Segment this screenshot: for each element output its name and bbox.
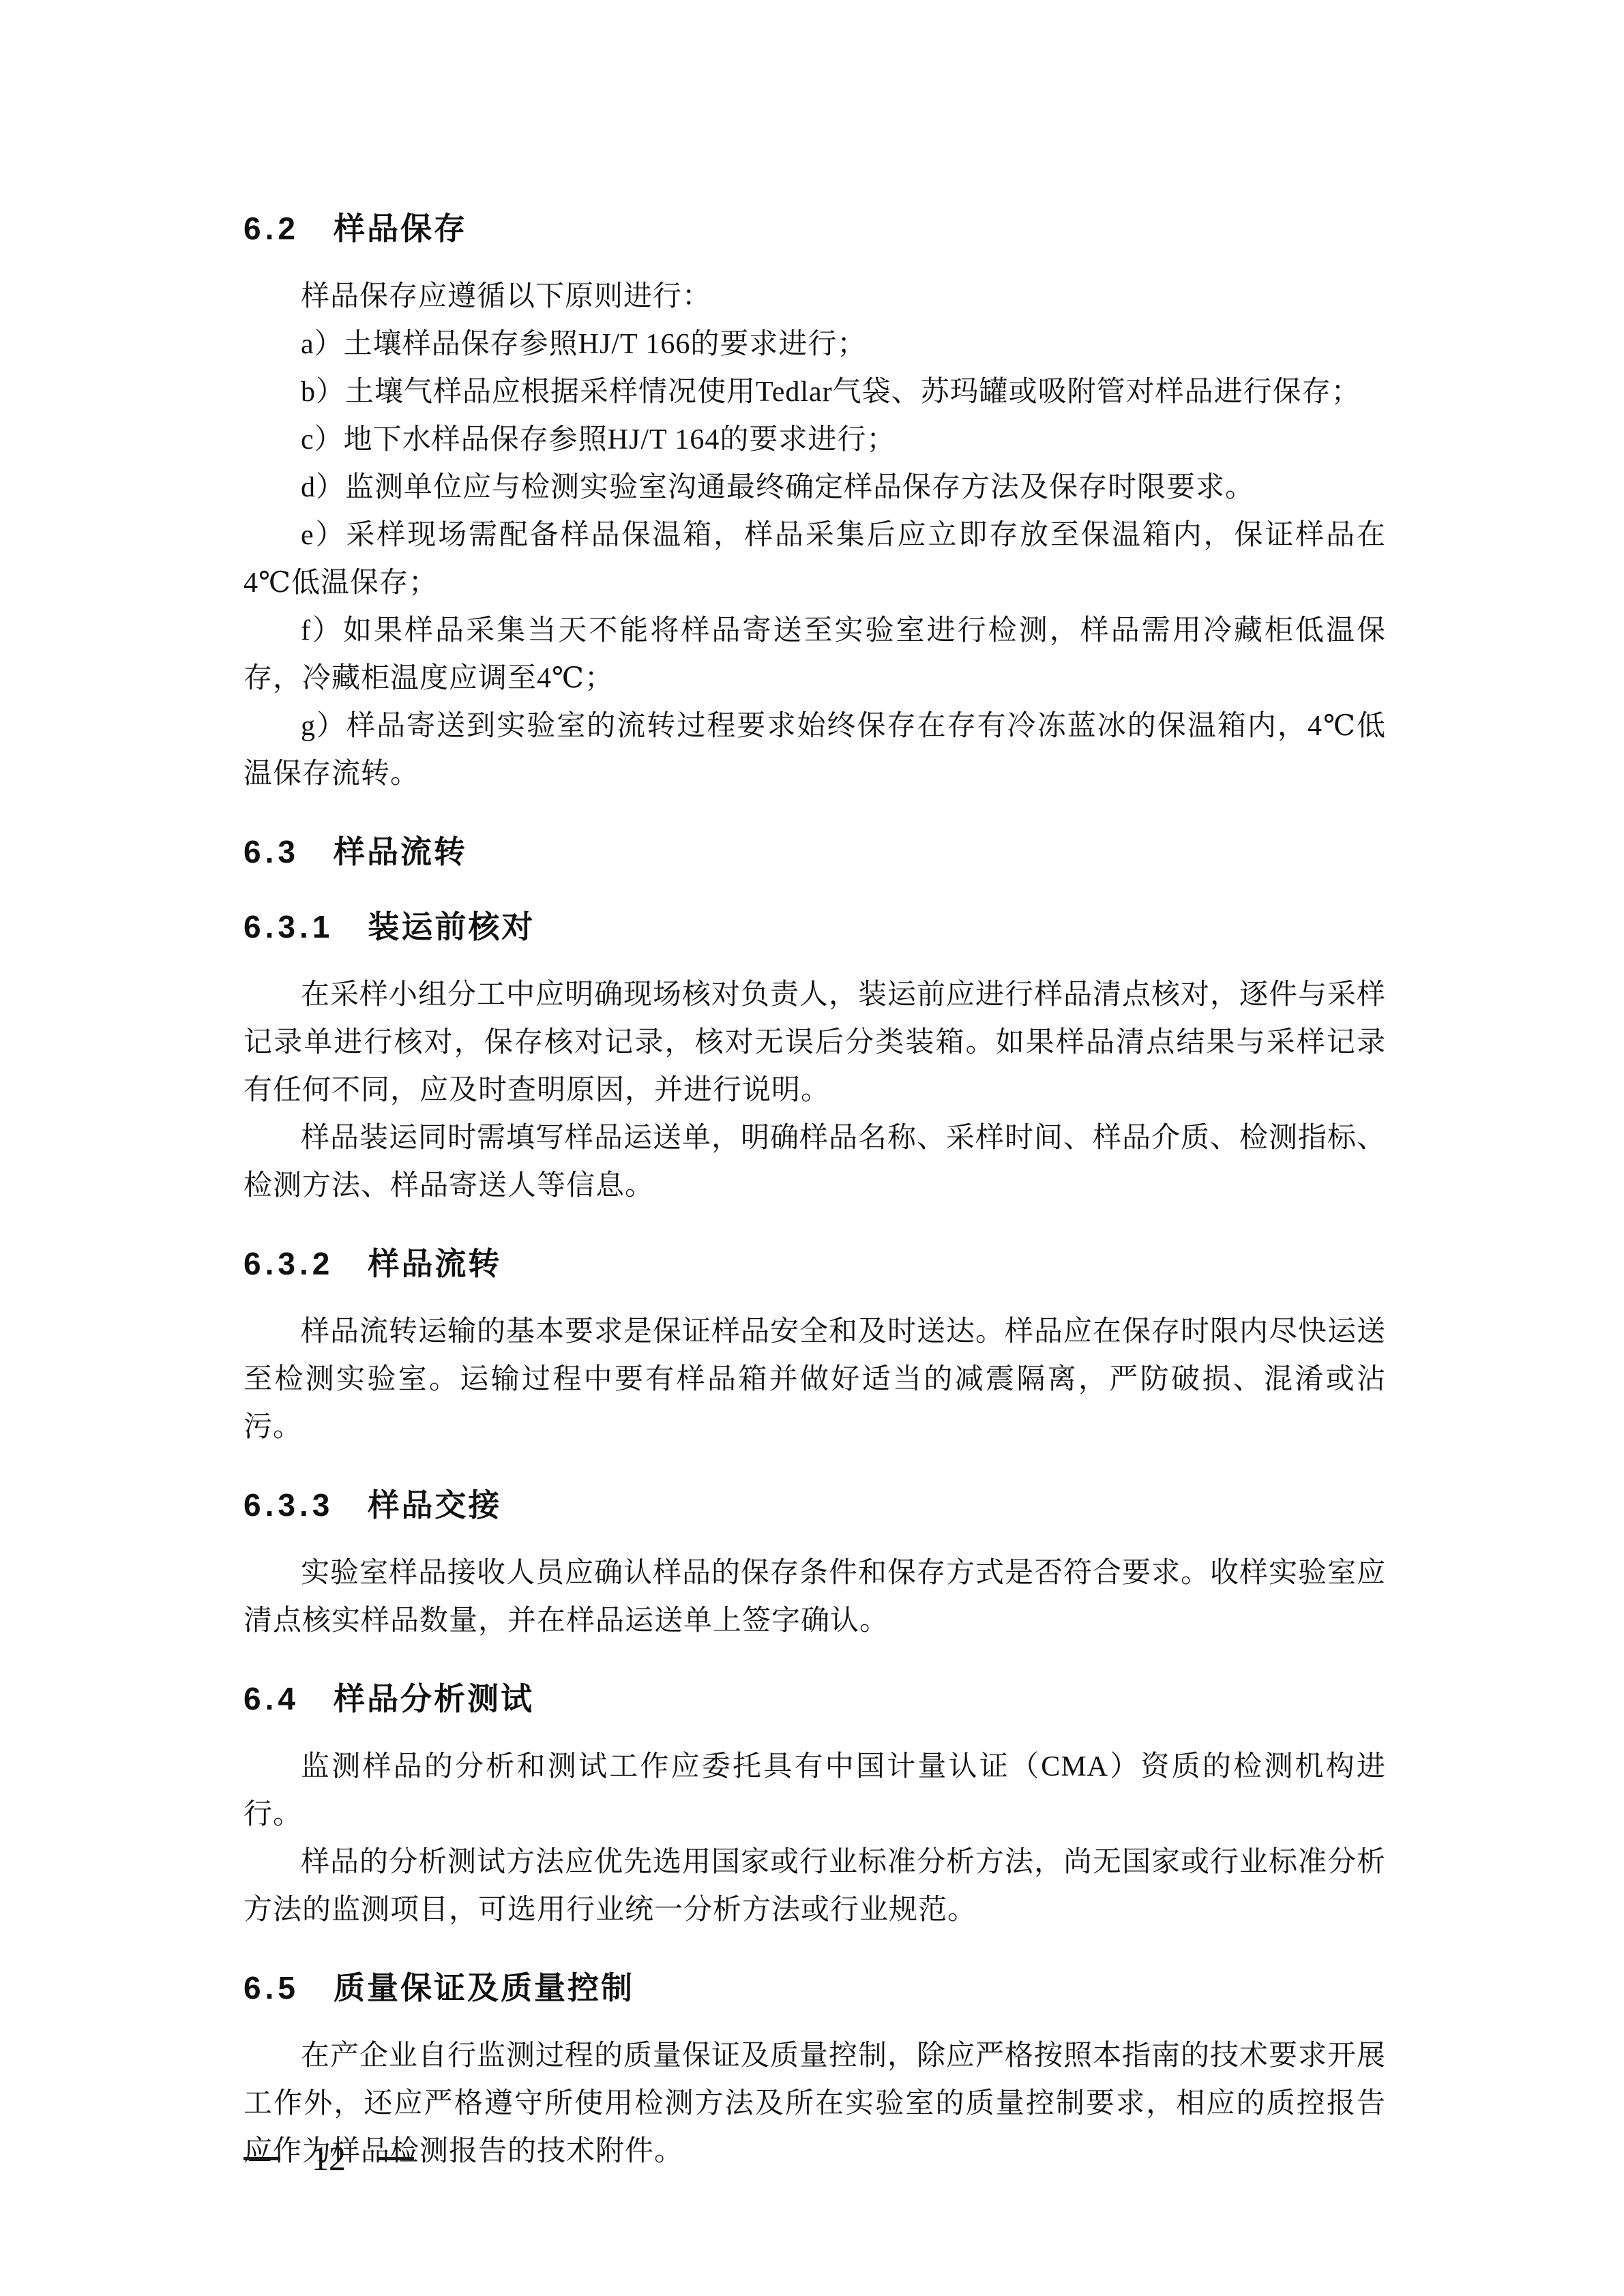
section-number: 6.3.2	[243, 1242, 334, 1285]
section-number: 6.4	[243, 1678, 299, 1720]
section-number: 6.5	[243, 1967, 299, 2009]
list-item-c: c）地下水样品保存参照HJ/T 164的要求进行；	[243, 416, 1386, 464]
section-heading-6-3-3: 6.3.3 样品交接	[243, 1484, 1386, 1526]
list-item-f: f）如果样品采集当天不能将样品寄送至实验室进行检测，样品需用冷藏柜低温保存，冷藏…	[243, 607, 1386, 702]
section-heading-6-2: 6.2 样品保存	[243, 207, 1386, 250]
footer-dash-right	[377, 2157, 414, 2160]
section-heading-6-3-2: 6.3.2 样品流转	[243, 1242, 1386, 1285]
page-number: 12	[312, 2138, 346, 2178]
section-title: 样品流转	[334, 831, 467, 873]
paragraph: 样品装运同时需填写样品运送单，明确样品名称、采样时间、样品介质、检测指标、检测方…	[243, 1114, 1386, 1210]
document-content: 6.2 样品保存 样品保存应遵循以下原则进行： a）土壤样品保存参照HJ/T 1…	[243, 207, 1386, 2175]
section-title: 样品分析测试	[334, 1678, 534, 1720]
page-footer: 12	[243, 2138, 414, 2178]
list-item-d: d）监测单位应与检测实验室沟通最终确定样品保存方法及保存时限要求。	[243, 464, 1386, 511]
list-item-b: b）土壤气样品应根据采样情况使用Tedlar气袋、苏玛罐或吸附管对样品进行保存；	[243, 368, 1386, 416]
section-title: 样品交接	[368, 1484, 501, 1526]
paragraph: 样品的分析测试方法应优先选用国家或行业标准分析方法，尚无国家或行业标准分析方法的…	[243, 1838, 1386, 1934]
paragraph: 样品保存应遵循以下原则进行：	[243, 273, 1386, 320]
paragraph: 监测样品的分析和测试工作应委托具有中国计量认证（CMA）资质的检测机构进行。	[243, 1743, 1386, 1838]
paragraph: 实验室样品接收人员应确认样品的保存条件和保存方式是否符合要求。收样实验室应清点核…	[243, 1549, 1386, 1645]
section-number: 6.3.3	[243, 1484, 334, 1526]
section-number: 6.3.1	[243, 906, 334, 948]
footer-dash-left	[243, 2157, 280, 2160]
section-number: 6.2	[243, 207, 299, 250]
list-item-a: a）土壤样品保存参照HJ/T 166的要求进行；	[243, 320, 1386, 368]
section-heading-6-3-1: 6.3.1 装运前核对	[243, 906, 1386, 948]
section-heading-6-3: 6.3 样品流转	[243, 831, 1386, 873]
document-page: 6.2 样品保存 样品保存应遵循以下原则进行： a）土壤样品保存参照HJ/T 1…	[0, 0, 1624, 2296]
paragraph: 样品流转运输的基本要求是保证样品安全和及时送达。样品应在保存时限内尽快运送至检测…	[243, 1308, 1386, 1451]
section-title: 装运前核对	[368, 906, 535, 948]
paragraph: 在产企业自行监测过程的质量保证及质量控制，除应严格按照本指南的技术要求开展工作外…	[243, 2032, 1386, 2175]
section-title: 样品保存	[334, 207, 467, 250]
section-title: 样品流转	[368, 1242, 501, 1285]
section-heading-6-4: 6.4 样品分析测试	[243, 1678, 1386, 1720]
paragraph: 在采样小组分工中应明确现场核对负责人，装运前应进行样品清点核对，逐件与采样记录单…	[243, 971, 1386, 1114]
list-item-g: g）样品寄送到实验室的流转过程要求始终保存在存有冷冻蓝冰的保温箱内，4℃低温保存…	[243, 702, 1386, 798]
section-number: 6.3	[243, 831, 299, 873]
section-heading-6-5: 6.5 质量保证及质量控制	[243, 1967, 1386, 2009]
section-title: 质量保证及质量控制	[334, 1967, 634, 2009]
list-item-e: e）采样现场需配备样品保温箱，样品采集后应立即存放至保温箱内，保证样品在4℃低温…	[243, 511, 1386, 607]
